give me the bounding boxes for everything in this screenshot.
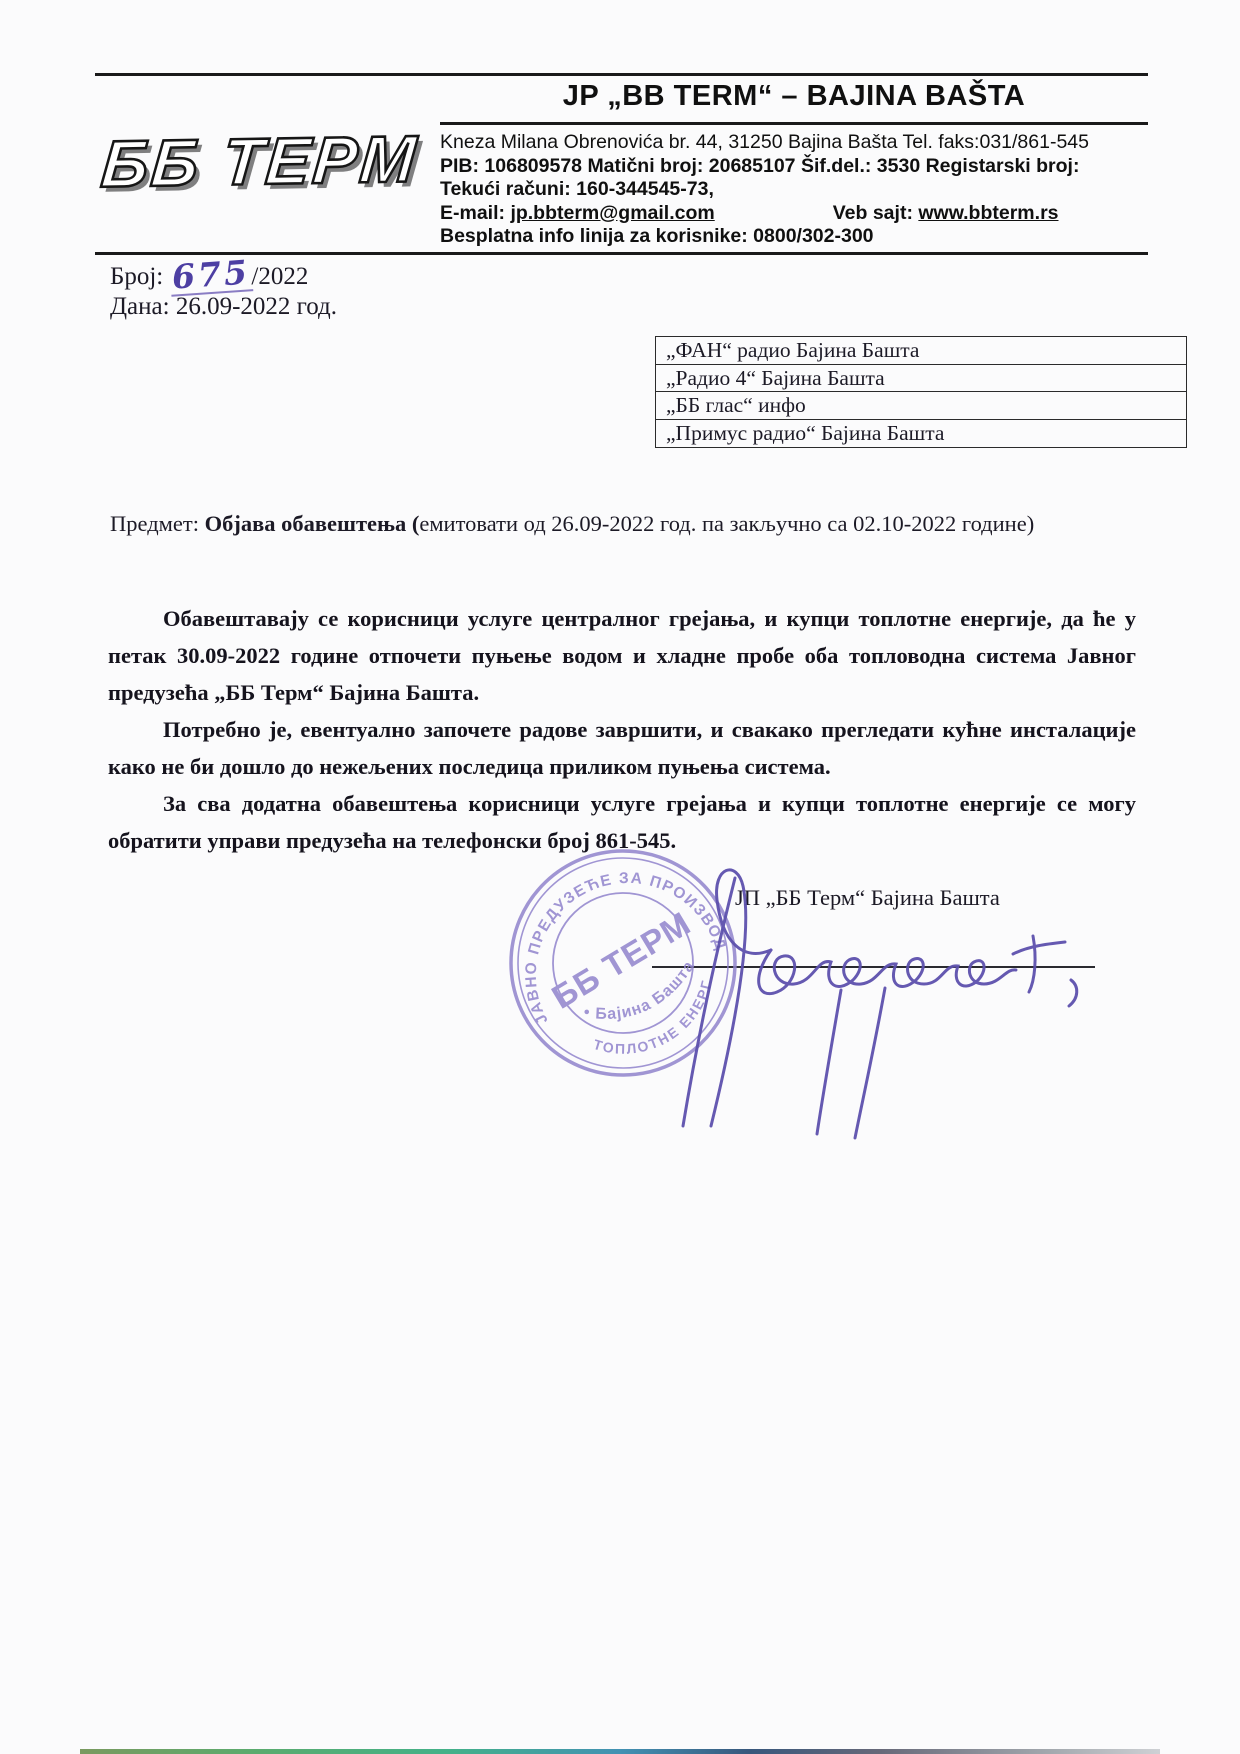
contact-line: E-mail: jp.bbterm@gmail.comVeb sajt: www… (440, 202, 1148, 226)
scanned-letter-page: ББ ТЕРМ JP „BB TERM“ – BAJINA BAŠTA Knez… (0, 0, 1240, 1754)
company-title: JP „BB TERM“ – BAJINA BAŠTA (440, 80, 1148, 113)
letterhead-divider (95, 252, 1148, 255)
scan-edge-artifact (80, 1749, 1160, 1754)
account-line: Tekući računi: 160-344545-73, (440, 178, 1148, 202)
website-label: Veb sajt: (833, 202, 919, 224)
info-line: Besplatna info linija za korisnike: 0800… (440, 225, 1148, 249)
number-suffix: /2022 (251, 263, 308, 290)
letterhead: JP „BB TERM“ – BAJINA BAŠTA Kneza Milana… (440, 80, 1148, 249)
document-number-line: Број: 675/2022 (110, 256, 308, 292)
letter-body: Обавештавају се корисници услуге централ… (108, 600, 1136, 859)
top-divider (95, 73, 1148, 76)
recipient-row: „Радио 4“ Бајина Башта (656, 365, 1186, 393)
handwritten-signature (585, 856, 1125, 1146)
signature-stroke (1069, 980, 1077, 1006)
recipients-table: „ФАН“ радио Бајина Башта „Радио 4“ Бајин… (655, 336, 1187, 448)
signature-stroke (759, 950, 1016, 994)
subject-label: Предмет: (110, 511, 205, 536)
website-link[interactable]: www.bbterm.rs (918, 202, 1058, 224)
recipient-row: „ББ глас“ инфо (656, 392, 1186, 420)
body-paragraph: Обавештавају се корисници услуге централ… (108, 600, 1136, 711)
signature-stroke (683, 878, 735, 1126)
signature-stroke (855, 988, 885, 1138)
signature-stroke (1029, 936, 1035, 992)
company-logo: ББ ТЕРМ (96, 93, 438, 229)
signature-stroke (1013, 942, 1065, 954)
email-link[interactable]: jp.bbterm@gmail.com (510, 202, 714, 224)
logo-text: ББ ТЕРМ (98, 120, 421, 202)
subject-bold: Објава обавештења ( (205, 511, 420, 536)
email-label: E-mail: (440, 202, 510, 224)
subject-rest: емитовати од 26.09-2022 год. па закључно… (419, 511, 1034, 536)
signature-stroke (817, 990, 841, 1134)
document-date-line: Дана: 26.09-2022 год. (110, 293, 337, 321)
recipient-row: „ФАН“ радио Бајина Башта (656, 337, 1186, 365)
subject-line: Предмет: Објава обавештења (емитовати од… (110, 511, 1150, 537)
company-details: Kneza Milana Obrenovića br. 44, 31250 Ba… (440, 122, 1148, 249)
number-label: Број: (110, 263, 170, 290)
recipient-row: „Примус радио“ Бајина Башта (656, 420, 1186, 448)
body-paragraph: Потребно је, евентуално започете радове … (108, 711, 1136, 785)
address-line: Kneza Milana Obrenovića br. 44, 31250 Ba… (440, 131, 1148, 155)
pib-line: PIB: 106809578 Matični broj: 20685107 Ši… (440, 155, 1148, 179)
handwritten-number: 675 (168, 255, 252, 297)
signature-stroke (711, 870, 771, 1126)
